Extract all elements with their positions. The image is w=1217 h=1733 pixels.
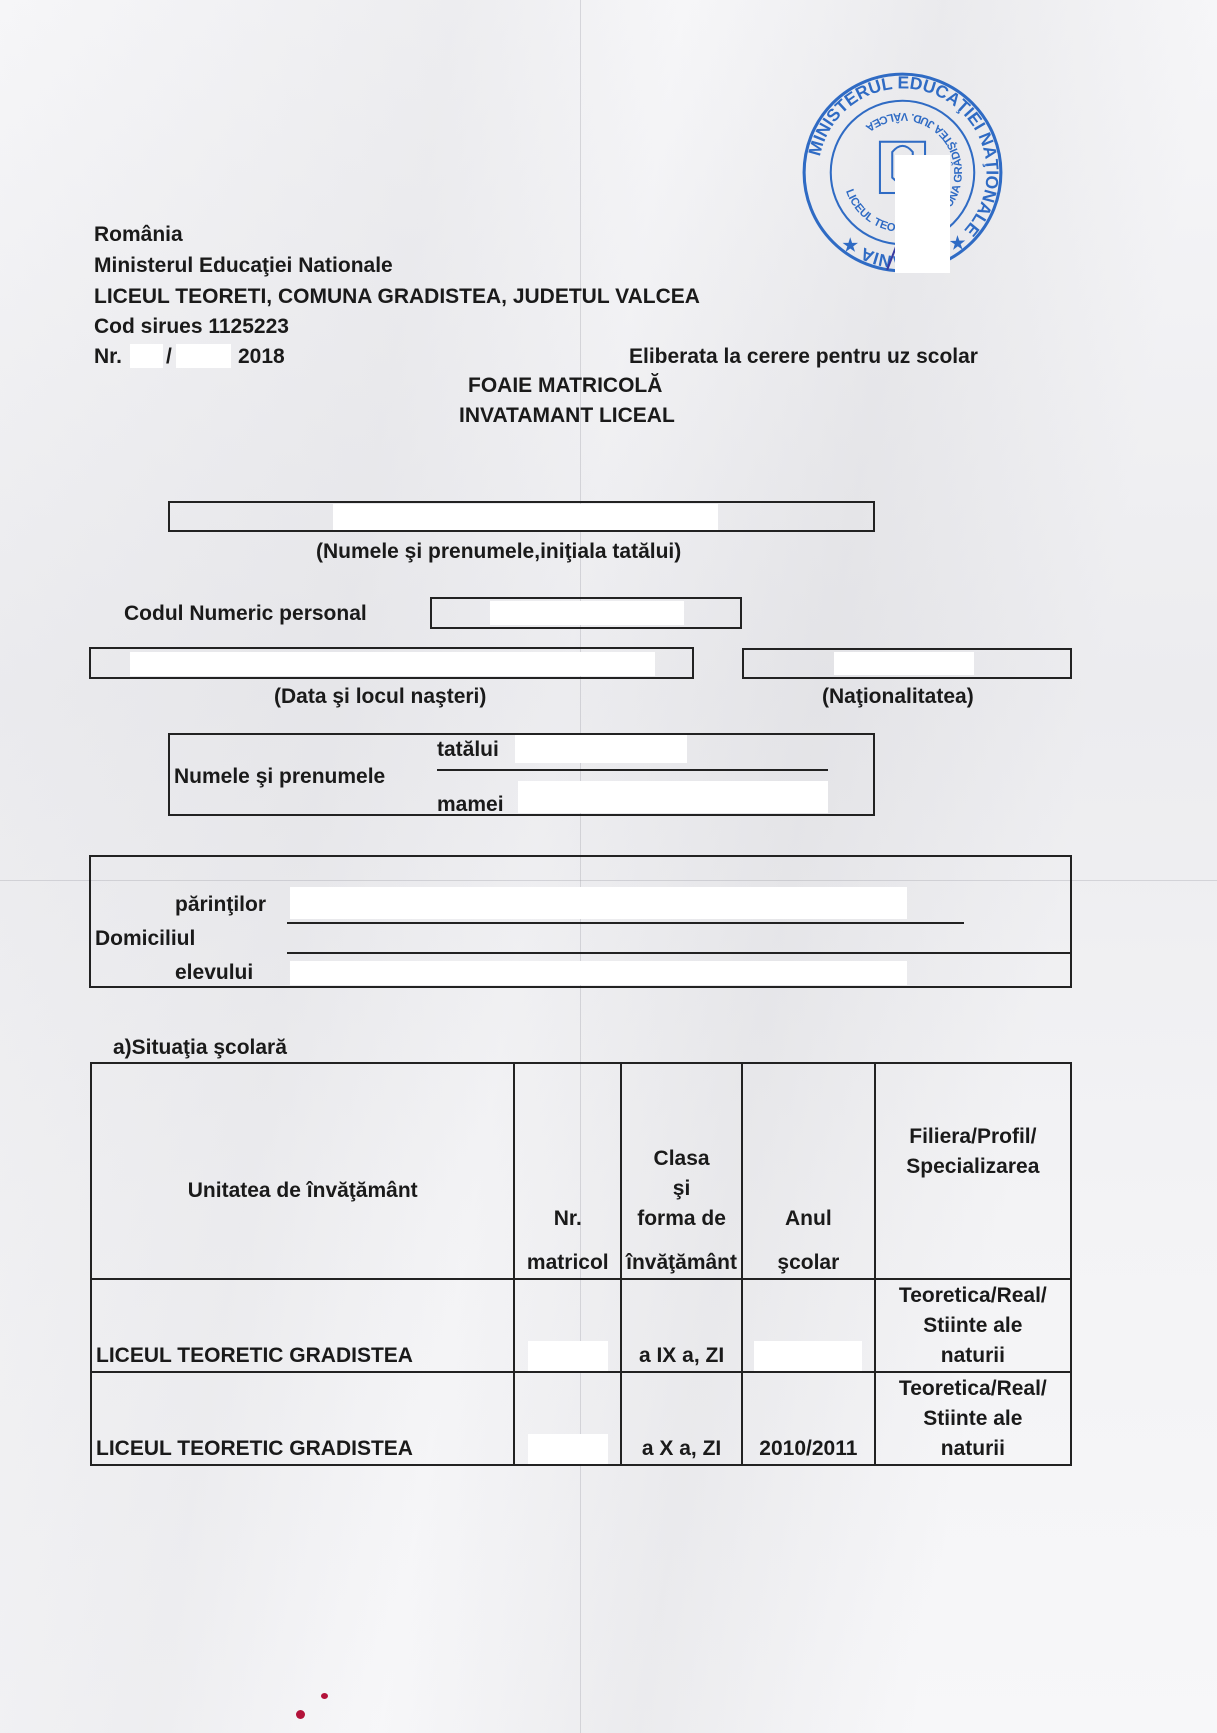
col-header-clasa: Clasa şi forma de învăţământ <box>621 1063 742 1279</box>
table-row: LICEUL TEORETIC GRADISTEA a IX a, ZI Teo… <box>91 1279 1071 1372</box>
parents-label: Numele şi prenumele <box>174 766 385 787</box>
table-header-row: Unitatea de învăţământ Nr. matricol Clas… <box>91 1063 1071 1279</box>
col-header-filiera: Filiera/Profil/ Specializarea <box>875 1063 1071 1279</box>
nationality-redaction <box>834 652 974 675</box>
col-header-anul: Anul şcolar <box>742 1063 875 1279</box>
domicile-parents-redaction <box>290 887 907 919</box>
anul-redaction <box>754 1341 862 1371</box>
nr-matricol-redaction <box>528 1341 608 1371</box>
header-country: România <box>94 224 183 245</box>
cell-unit: LICEUL TEORETIC GRADISTEA <box>91 1372 514 1465</box>
mother-label: mamei <box>437 794 504 815</box>
birth-redaction <box>130 652 655 676</box>
cell-clasa: a IX a, ZI <box>621 1279 742 1372</box>
header-siruta-code: Cod sirues 1125223 <box>94 316 289 337</box>
col-header-unit: Unitatea de învăţământ <box>91 1063 514 1279</box>
official-stamp: MINISTERUL EDUCAŢIEI NAŢIONALE ★ ROMÂNIA… <box>800 70 1005 275</box>
cell-filiera: Teoretica/Real/ Stiinte ale naturii <box>875 1372 1071 1465</box>
domicile-student-label: elevului <box>175 962 253 983</box>
table-row: LICEUL TEORETIC GRADISTEA a X a, ZI 2010… <box>91 1372 1071 1465</box>
stamp-redaction <box>895 155 950 273</box>
ink-spot <box>321 1693 328 1699</box>
cell-nr-matricol <box>514 1372 621 1465</box>
parents-separator-line <box>437 769 828 771</box>
nr-redaction <box>130 344 163 368</box>
birth-caption: (Data şi locul naşteri) <box>274 686 486 707</box>
domicile-student-redaction <box>290 961 907 985</box>
cnp-redaction <box>490 601 684 625</box>
nationality-caption: (Naţionalitatea) <box>822 686 974 707</box>
nr-redaction-2 <box>176 344 231 368</box>
cell-nr-matricol <box>514 1279 621 1372</box>
cnp-label: Codul Numeric personal <box>124 603 367 624</box>
domicile-parents-label: părinţilor <box>175 894 266 915</box>
issued-for-note: Eliberata la cerere pentru uz scolar <box>629 346 978 367</box>
cell-unit: LICEUL TEORETIC GRADISTEA <box>91 1279 514 1372</box>
mother-redaction <box>518 781 828 813</box>
nr-matricol-redaction <box>528 1434 608 1464</box>
cell-clasa: a X a, ZI <box>621 1372 742 1465</box>
document-subtitle: INVATAMANT LICEAL <box>459 405 675 426</box>
father-label: tatălui <box>437 739 499 760</box>
header-ministry: Ministerul Educaţiei Nationale <box>94 255 393 276</box>
domicile-line-2 <box>287 952 1072 954</box>
cell-filiera: Teoretica/Real/ Stiinte ale naturii <box>875 1279 1071 1372</box>
section-a-title: a)Situaţia şcolară <box>113 1037 287 1058</box>
header-nr-year: 2018 <box>238 346 285 367</box>
header-school: LICEUL TEORETI, COMUNA GRADISTEA, JUDETU… <box>94 286 700 307</box>
name-caption: (Numele şi prenumele,iniţiala tatălui) <box>316 541 681 562</box>
father-redaction <box>515 735 687 763</box>
col-header-nr-matricol: Nr. matricol <box>514 1063 621 1279</box>
school-situation-table: Unitatea de învăţământ Nr. matricol Clas… <box>90 1062 1072 1466</box>
student-name-redaction <box>333 504 718 530</box>
domicile-label: Domiciliul <box>95 928 195 949</box>
header-nr-label: Nr. <box>94 346 122 367</box>
cell-anul <box>742 1279 875 1372</box>
cell-anul: 2010/2011 <box>742 1372 875 1465</box>
document-title: FOAIE MATRICOLĂ <box>468 375 662 396</box>
header-nr-separator: / <box>166 346 172 367</box>
domicile-line-1 <box>287 922 964 924</box>
ink-spot <box>296 1710 305 1719</box>
